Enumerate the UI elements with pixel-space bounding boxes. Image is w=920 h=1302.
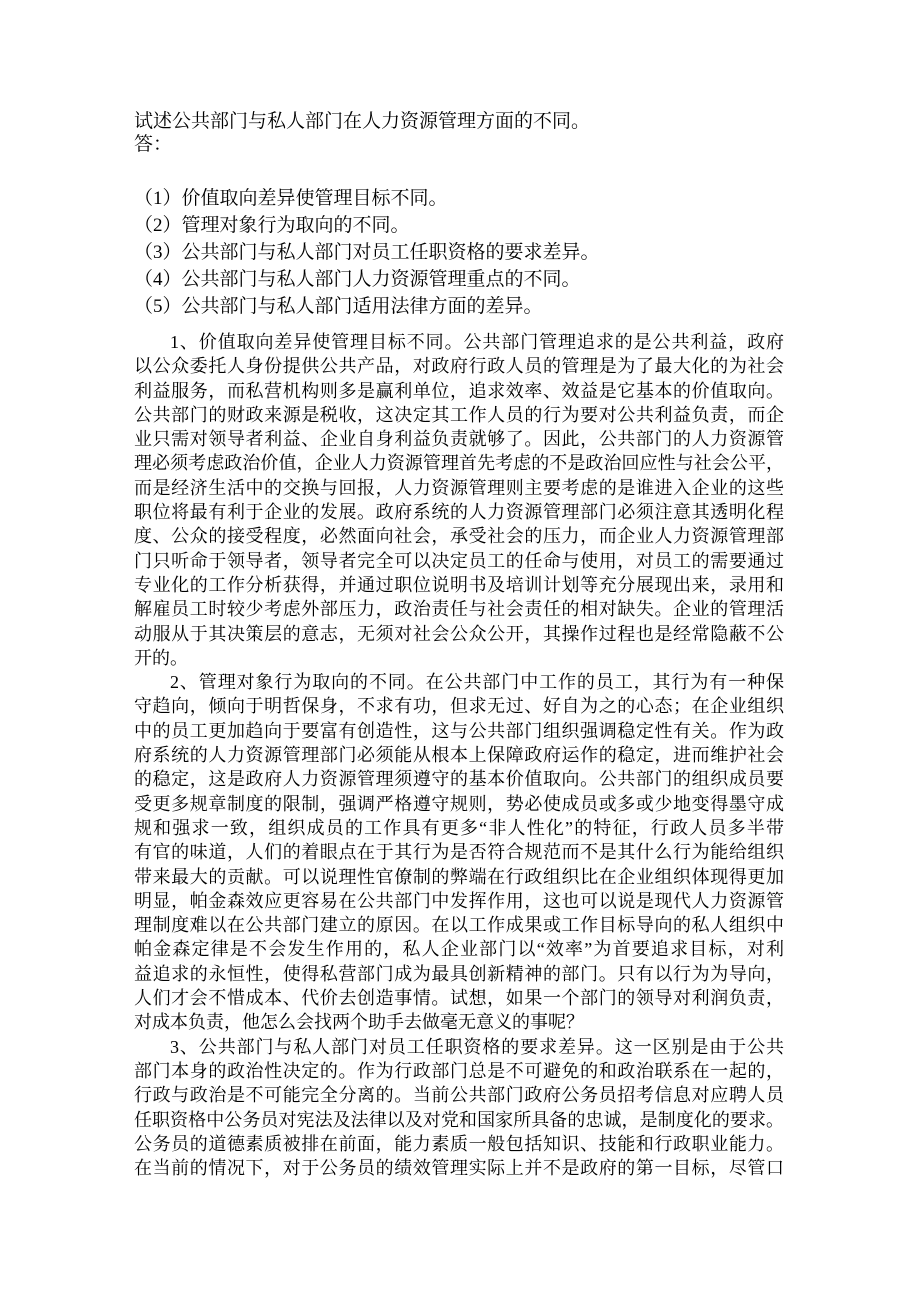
outline-item: （2）管理对象行为取向的不同。 (134, 212, 784, 239)
text-line: 规和强求一致，组织成员的工作具有更多“非人性化”的特征，行政人员多半带 (134, 816, 784, 840)
text-line: 解雇员工时较少考虑外部压力，政治责任与社会责任的相对缺失。企业的管理活 (134, 597, 784, 621)
text-line: 府系统的人力资源管理部门必须能从根本上保障政府运作的稳定，进而维护社会 (134, 743, 784, 767)
text-line: 利益服务，而私营机构则多是赢利单位，追求效率、效益是它基本的价值取向。 (134, 379, 784, 403)
text-line: 带来最大的贡献。可以说理性官僚制的弊端在行政组织比在企业组织体现得更加 (134, 865, 784, 889)
text-line: 对成本负责，他怎么会找两个助手去做毫无意义的事呢？ (134, 1010, 784, 1034)
text-line: 在当前的情况下，对于公务员的绩效管理实际上并不是政府的第一目标，尽管口 (134, 1156, 784, 1180)
text-line: 2、管理对象行为取向的不同。在公共部门中工作的员工，其行为有一种保 (134, 670, 784, 694)
spacer (134, 156, 784, 185)
text-line: 人们才会不惜成本、代价去创造事情。试想，如果一个部门的领导对利润负责， (134, 986, 784, 1010)
outline-item: （5）公共部门与私人部门适用法律方面的差异。 (134, 293, 784, 320)
text-line: 行政与政治是不可能完全分离的。当前公共部门政府公务员招考信息对应聘人员 (134, 1083, 784, 1107)
spacer (134, 320, 784, 330)
document-page: 试述公共部门与私人部门在人力资源管理方面的不同。 答： （1）价值取向差异使管理… (0, 0, 920, 1302)
text-line: 3、公共部门与私人部门对员工任职资格的要求差异。这一区别是由于公共 (134, 1035, 784, 1059)
paragraph: 3、公共部门与私人部门对员工任职资格的要求差异。这一区别是由于公共部门本身的政治… (134, 1035, 784, 1181)
text-line: 度、公众的接受程度，必然面向社会，承受社会的压力，而企业人力资源管理部 (134, 524, 784, 548)
text-line: 守趋向，倾向于明哲保身，不求有功，但求无过、好自为之的心态；在企业组织 (134, 694, 784, 718)
text-line: 职位将最有利于企业的发展。政府系统的人力资源管理部门必须注意其透明化程 (134, 500, 784, 524)
text-line: 任职资格中公务员对宪法及法律以及对党和国家所具备的忠诚，是制度化的要求。 (134, 1108, 784, 1132)
paragraphs: 1、价值取向差异使管理目标不同。公共部门管理追求的是公共利益，政府以公众委托人身… (134, 330, 784, 1180)
document-body: 试述公共部门与私人部门在人力资源管理方面的不同。 答： （1）价值取向差异使管理… (134, 110, 784, 1180)
outline-item: （1）价值取向差异使管理目标不同。 (134, 185, 784, 212)
question-line: 试述公共部门与私人部门在人力资源管理方面的不同。 (134, 110, 784, 133)
text-line: 门只听命于领导者，领导者完全可以决定员工的任命与使用，对员工的需要通过 (134, 549, 784, 573)
outline-item: （4）公共部门与私人部门人力资源管理重点的不同。 (134, 266, 784, 293)
text-line: 有官的味道，人们的着眼点在于其行为是否符合规范而不是其什么行为能给组织 (134, 840, 784, 864)
text-line: 业只需对领导者利益、企业自身利益负责就够了。因此，公共部门的人力资源管 (134, 427, 784, 451)
text-line: 开的。 (134, 646, 784, 670)
paragraph: 1、价值取向差异使管理目标不同。公共部门管理追求的是公共利益，政府以公众委托人身… (134, 330, 784, 670)
text-line: 1、价值取向差异使管理目标不同。公共部门管理追求的是公共利益，政府 (134, 330, 784, 354)
answer-label: 答： (134, 133, 784, 156)
text-line: 益追求的永恒性，使得私营部门成为最具创新精神的部门。只有以行为为导向， (134, 962, 784, 986)
text-line: 的稳定，这是政府人力资源管理须遵守的基本价值取向。公共部门的组织成员要 (134, 767, 784, 791)
text-line: 而是经济生活中的交换与回报，人力资源管理则主要考虑的是谁进入企业的这些 (134, 476, 784, 500)
outline-item: （3）公共部门与私人部门对员工任职资格的要求差异。 (134, 239, 784, 266)
text-line: 专业化的工作分析获得，并通过职位说明书及培训计划等充分展现出来，录用和 (134, 573, 784, 597)
text-line: 理必须考虑政治价值，企业人力资源管理首先考虑的不是政治回应性与社会公平， (134, 451, 784, 475)
text-line: 明显，帕金森效应更容易在公共部门中发挥作用，这也可以说是现代人力资源管 (134, 889, 784, 913)
text-line: 动服从于其决策层的意志，无须对社会公众公开，其操作过程也是经常隐蔽不公 (134, 622, 784, 646)
text-line: 中的员工更加趋向于要富有创造性，这与公共部门组织强调稳定性有关。作为政 (134, 719, 784, 743)
text-line: 部门本身的政治性决定的。作为行政部门总是不可避免的和政治联系在一起的， (134, 1059, 784, 1083)
text-line: 受更多规章制度的限制，强调严格遵守规则，势必使成员或多或少地变得墨守成 (134, 792, 784, 816)
text-line: 帕金森定律是不会发生作用的，私人企业部门以“效率”为首要追求目标，对利 (134, 937, 784, 961)
text-line: 公共部门的财政来源是税收，这决定其工作人员的行为要对公共利益负责，而企 (134, 403, 784, 427)
paragraph: 2、管理对象行为取向的不同。在公共部门中工作的员工，其行为有一种保守趋向，倾向于… (134, 670, 784, 1034)
outline-list: （1）价值取向差异使管理目标不同。（2）管理对象行为取向的不同。（3）公共部门与… (134, 185, 784, 320)
text-line: 理制度难以在公共部门建立的原因。在以工作成果或工作目标导向的私人组织中 (134, 913, 784, 937)
text-line: 以公众委托人身份提供公共产品，对政府行政人员的管理是为了最大化的为社会 (134, 354, 784, 378)
text-line: 公务员的道德素质被排在前面，能力素质一般包括知识、技能和行政职业能力。 (134, 1132, 784, 1156)
